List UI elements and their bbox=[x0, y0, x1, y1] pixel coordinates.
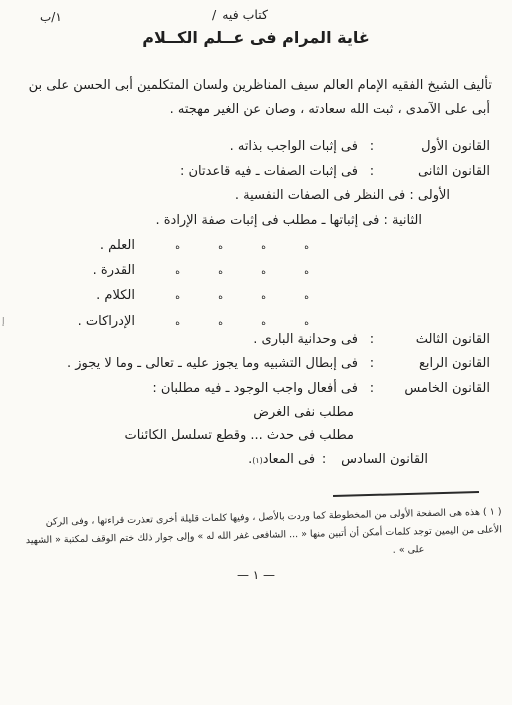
ditto-mark: ه bbox=[223, 292, 266, 302]
canon-2-text: فى إثبات الصفات ـ فيه قاعدتان : bbox=[180, 164, 358, 179]
folio-marker: ١/ب bbox=[40, 10, 62, 24]
canon-6-colon: : bbox=[315, 452, 333, 467]
ditto-line-knowledge: ه ه ه ه العلم . bbox=[100, 238, 309, 253]
ditto-mark: ه bbox=[223, 267, 266, 277]
folio-slash: / bbox=[212, 7, 216, 22]
ditto-mark: ه bbox=[223, 242, 266, 252]
canon-5: القانون الخامس : فى أفعال واجب الوجود ـ … bbox=[152, 381, 490, 396]
ink-bleed-mark: إ bbox=[2, 317, 5, 327]
canon-5-colon: : bbox=[358, 381, 386, 396]
ditto-mark: ه bbox=[266, 242, 309, 252]
ditto-mark: ه bbox=[137, 318, 180, 328]
ditto-mark: ه bbox=[180, 242, 223, 252]
ditto-word: العلم . bbox=[100, 238, 135, 253]
canon-2-rule-2: الثانية : فى إثباتها ـ مطلب فى إثبات صفة… bbox=[155, 213, 422, 228]
canon-5-matlab-2: مطلب فى حدث ... وقطع تسلسل الكائنات bbox=[124, 428, 354, 443]
ditto-mark: ه bbox=[137, 292, 180, 302]
author-line-1: تأليف الشيخ الفقيه الإمام العالم سيف الم… bbox=[29, 78, 492, 93]
canon-2-rule-1: الأولى : فى النظر فى الصفات النفسية . bbox=[235, 188, 450, 203]
canon-2-colon: : bbox=[358, 164, 386, 179]
ditto-marks: ه ه ه ه bbox=[137, 318, 309, 328]
ditto-mark: ه bbox=[266, 292, 309, 302]
ditto-line-power: ه ه ه ه القدرة . bbox=[93, 263, 309, 278]
canon-5-matlab-1: مطلب نفى الغرض bbox=[253, 405, 354, 420]
canon-5-text: فى أفعال واجب الوجود ـ فيه مطلبان : bbox=[152, 381, 358, 396]
canon-1-text: فى إثبات الواجب بذاته . bbox=[230, 139, 358, 154]
canon-4: القانون الرابع : فى إبطال التشبيه وما يج… bbox=[67, 356, 490, 371]
ditto-mark: ه bbox=[180, 292, 223, 302]
canon-1: القانون الأول : فى إثبات الواجب بذاته . bbox=[230, 139, 490, 154]
ditto-marks: ه ه ه ه bbox=[137, 242, 309, 252]
page-number: — ١ — bbox=[0, 568, 512, 582]
canon-4-label: القانون الرابع bbox=[386, 356, 490, 371]
ditto-word: القدرة . bbox=[93, 263, 135, 278]
ditto-line-perceptions: ه ه ه ه الإدراكات . bbox=[78, 314, 309, 329]
header-note: / كتاب فيه bbox=[212, 7, 268, 22]
ditto-mark: ه bbox=[180, 318, 223, 328]
ditto-line-speech: ه ه ه ه الكلام . bbox=[96, 288, 309, 303]
canon-4-text: فى إبطال التشبيه وما يجوز عليه ـ تعالى ـ… bbox=[67, 356, 358, 371]
book-title: غاية المرام فى عــلم الكــلام bbox=[0, 28, 512, 47]
canon-2: القانون الثانى : فى إثبات الصفات ـ فيه ق… bbox=[180, 164, 490, 179]
canon-6-tail: . bbox=[248, 452, 252, 467]
canon-2-label: القانون الثانى bbox=[386, 164, 490, 179]
canon-6-text: فى المعاد bbox=[263, 452, 315, 467]
canon-1-colon: : bbox=[358, 139, 386, 154]
footnote-separator bbox=[333, 491, 479, 497]
canon-5-label: القانون الخامس bbox=[386, 381, 490, 396]
manuscript-page: ١/ب / كتاب فيه غاية المرام فى عــلم الكـ… bbox=[0, 0, 512, 705]
ditto-word: الإدراكات . bbox=[78, 314, 135, 329]
canon-3: القانون الثالث : فى وحدانية البارى . bbox=[253, 332, 490, 347]
author-line-2: أبى على الآمدى ، ثبت الله سعادته ، وصان … bbox=[170, 102, 490, 117]
ditto-marks: ه ه ه ه bbox=[137, 267, 309, 277]
footnote-block: ( ١ ) هذه هى الصفحة الأولى من المخطوطة ك… bbox=[5, 503, 502, 568]
ditto-mark: ه bbox=[137, 242, 180, 252]
canon-3-text: فى وحدانية البارى . bbox=[253, 332, 358, 347]
canon-6: القانون السادس : فى المعاد (١) . bbox=[248, 452, 428, 467]
ditto-mark: ه bbox=[266, 267, 309, 277]
canon-3-colon: : bbox=[358, 332, 386, 347]
ditto-word: الكلام . bbox=[96, 288, 135, 303]
canon-1-label: القانون الأول bbox=[386, 139, 490, 154]
ditto-mark: ه bbox=[180, 267, 223, 277]
footnote-reference: (١) bbox=[252, 456, 263, 465]
header-note-text: كتاب فيه bbox=[222, 7, 268, 22]
ditto-mark: ه bbox=[223, 318, 266, 328]
ditto-mark: ه bbox=[137, 267, 180, 277]
canon-6-label: القانون السادس bbox=[341, 452, 428, 467]
canon-3-label: القانون الثالث bbox=[386, 332, 490, 347]
ditto-marks: ه ه ه ه bbox=[137, 292, 309, 302]
canon-4-colon: : bbox=[358, 356, 386, 371]
ditto-mark: ه bbox=[266, 318, 309, 328]
